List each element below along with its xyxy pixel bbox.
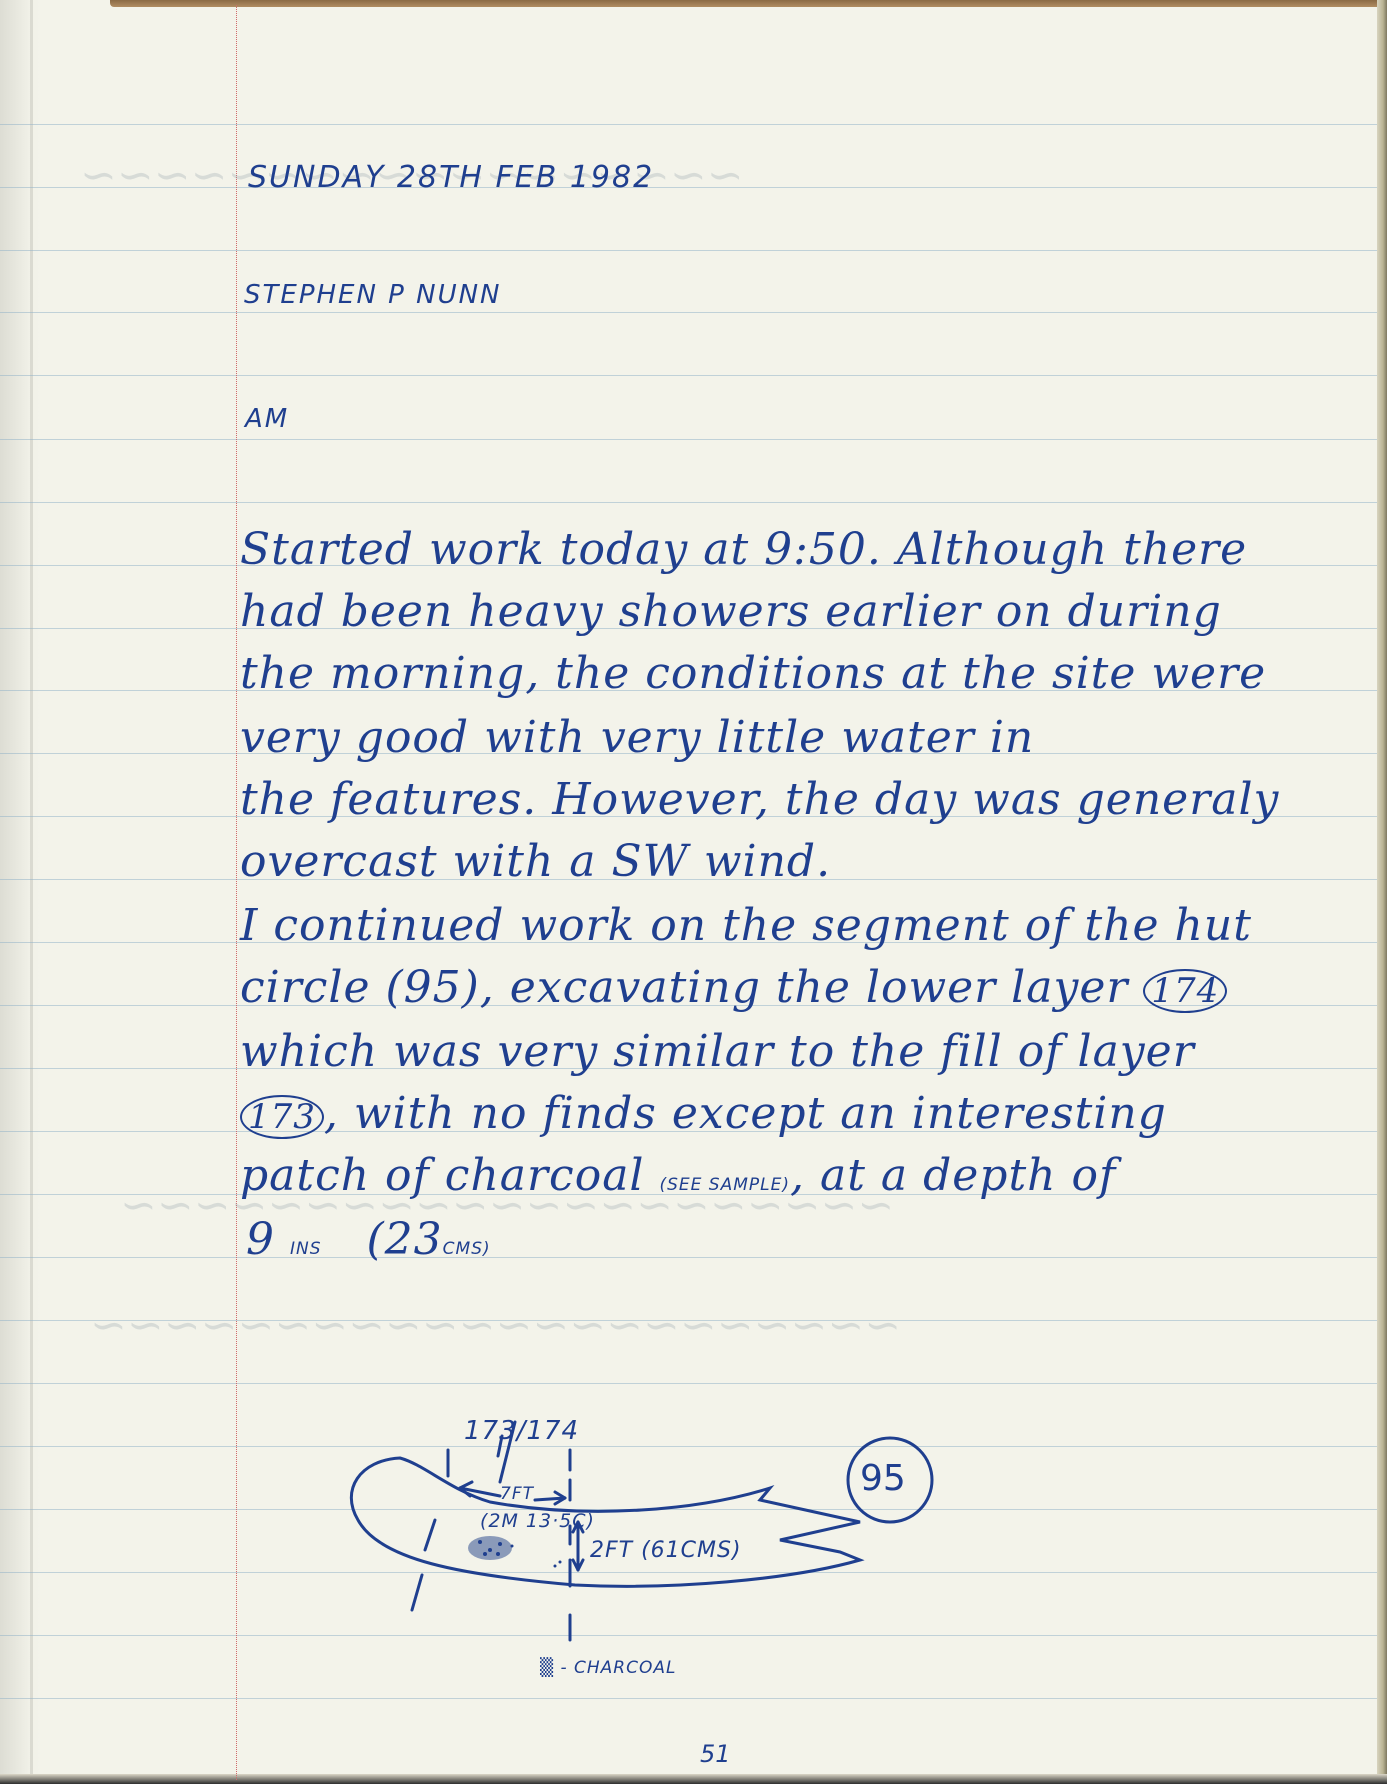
page-number: 51 [700, 1740, 731, 1768]
charcoal-legend-icon: ▒ [540, 1658, 554, 1678]
circled-layer-173: 173 [240, 1095, 324, 1139]
sketch-legend: ▒ - CHARCOAL [540, 1658, 676, 1678]
body-line-3: the morning, the conditions at the site … [240, 648, 1266, 699]
body-line-2: had been heavy showers earlier on during [240, 586, 1222, 637]
feature-label-95: 95 [860, 1458, 906, 1499]
feature-outline [351, 1458, 860, 1586]
sketch-layers-label: 173/174 [464, 1416, 579, 1446]
body-line-12: 9 INS (23CMS) [246, 1214, 491, 1265]
see-sample-note: (SEE SAMPLE) [660, 1175, 791, 1195]
ruled-line [0, 124, 1377, 125]
entry-date: SUNDAY 28TH FEB 1982 [248, 160, 654, 195]
circled-layer-174: 174 [1143, 969, 1227, 1013]
sketch-length-label: 7FT [500, 1484, 534, 1504]
body-line-7: I continued work on the segment of the h… [240, 900, 1252, 951]
bleed-through-text: ~~~~~~~~~~~~~~~~~~~~~~ [90, 1300, 901, 1351]
body-line-8-text: circle (95), excavating the lower layer [240, 962, 1128, 1013]
body-line-8: circle (95), excavating the lower layer … [240, 962, 1227, 1013]
ruled-line [0, 250, 1377, 251]
body-line-6: overcast with a SW wind. [240, 836, 831, 887]
body-line-10: 173, with no finds except an interesting [240, 1088, 1167, 1139]
entry-author: STEPHEN P NUNN [244, 280, 502, 310]
body-line-10-text: , with no finds except an interesting [324, 1088, 1167, 1139]
depth-cms-unit: CMS) [443, 1239, 491, 1259]
ruled-line [0, 1383, 1377, 1384]
body-line-4: very good with very little water in [240, 712, 1034, 763]
sketch-length-metric: (2M 13·5C) [480, 1510, 595, 1532]
body-line-9: which was very similar to the fill of la… [240, 1026, 1195, 1077]
notebook-top-edge [110, 0, 1387, 7]
ruled-line [0, 502, 1377, 503]
margin-line [236, 5, 238, 1780]
sketch-width-label: 2FT (61CMS) [590, 1538, 742, 1563]
charcoal-legend-text: - CHARCOAL [560, 1658, 676, 1678]
body-line-11-tail: , at a depth of [790, 1150, 1116, 1201]
body-line-5: the features. However, the day was gener… [240, 774, 1279, 825]
hut-circle-sketch: 95 173/174 7FT (2M 13·5C) 2FT (61CMS) ▒ … [340, 1410, 1100, 1710]
page-bottom-edge [0, 1774, 1387, 1784]
body-line-1: Started work today at 9:50. Although the… [240, 524, 1247, 575]
ruled-line [0, 375, 1377, 376]
body-line-11-text: patch of charcoal [240, 1150, 645, 1201]
depth-inches-unit: INS [290, 1239, 322, 1259]
ruled-line [0, 439, 1377, 440]
body-line-11: patch of charcoal (SEE SAMPLE), at a dep… [240, 1150, 1116, 1201]
page-right-edge [1377, 0, 1387, 1784]
binding-shadow [30, 0, 33, 1784]
depth-inches: 9 [246, 1214, 275, 1265]
ruled-line [0, 1257, 1377, 1258]
notebook-page: ~~~~~~~~~~~~~~~~~~ ~~~~~~~~~~~~~~~~~~~~~… [0, 0, 1387, 1784]
session-label: AM [245, 404, 289, 434]
depth-cms-value: (23 [367, 1214, 443, 1265]
ruled-line [0, 312, 1377, 313]
charcoal-patch [468, 1536, 562, 1568]
